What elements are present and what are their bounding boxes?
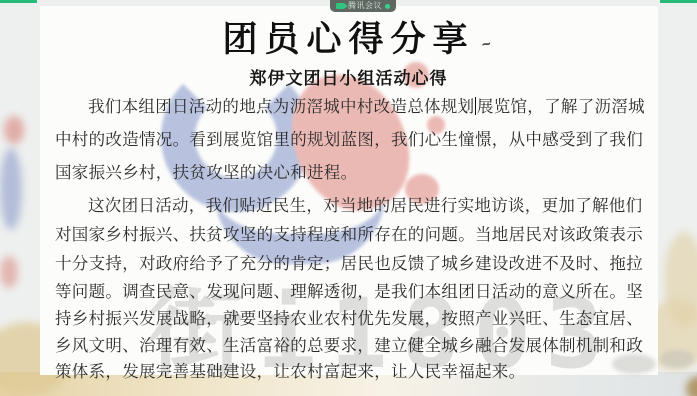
- body-line: 乡风文明、治理有效、生活富裕的总要求，建立健全城乡融合发展体制机制和政: [55, 332, 651, 354]
- body-line: 十分支持，对政府给予了充分的肯定；居民也反馈了城乡建设改进不及时、拖拉: [55, 250, 651, 272]
- document-subtitle: 郑伊文团日小组活动心得: [0, 64, 697, 89]
- body-line: 持乡村振兴发展战略，就要坚持农业农村优先发展，按照产业兴旺、生态宜居、: [55, 305, 651, 327]
- meeting-app-label: 腾讯会议: [348, 2, 382, 10]
- meeting-status-dot-icon: [385, 4, 390, 9]
- body-line: 策体系，发展完善基础建设，让农村富起来，让人民幸福起来。: [55, 358, 651, 380]
- body-line: 对国家乡村振兴、扶贫攻坚的支持程度和所存在的问题。当地居民对该政策表示: [55, 221, 651, 243]
- meeting-border-accent-right: [660, 0, 697, 3]
- body-line: 中村的改造情况。看到展览馆里的规划蓝图，我们心生憧憬，从中感受到了我们: [55, 126, 651, 148]
- body-line: 这次团日活动，我们贴近民生，对当地的居民进行实地访谈，更加了解他们: [55, 192, 651, 214]
- shared-screen: 街i1803 团员心得分享 ~ 郑伊文团日小组活动心得 我们本组团日活动的地点为…: [0, 0, 697, 396]
- body-line: 等问题。调查民意、发现问题、理解透彻，是我们本组团日活动的意义所在。坚: [55, 278, 651, 300]
- meeting-border-accent-left: [0, 0, 37, 3]
- page-title: 团员心得分享: [0, 12, 697, 62]
- body-line: 国家振兴乡村，扶贫攻坚的决心和进程。: [55, 159, 651, 181]
- video-camera-icon: [336, 3, 345, 9]
- tencent-meeting-badge[interactable]: 腾讯会议: [330, 0, 396, 12]
- background-blob: [0, 256, 18, 288]
- body-line: 我们本组团日活动的地点为沥滘城中村改造总体规划展览馆，了解了沥滘城: [55, 93, 651, 115]
- background-blob: [0, 148, 22, 230]
- background-stone: [660, 350, 694, 368]
- background-blob: [4, 116, 24, 144]
